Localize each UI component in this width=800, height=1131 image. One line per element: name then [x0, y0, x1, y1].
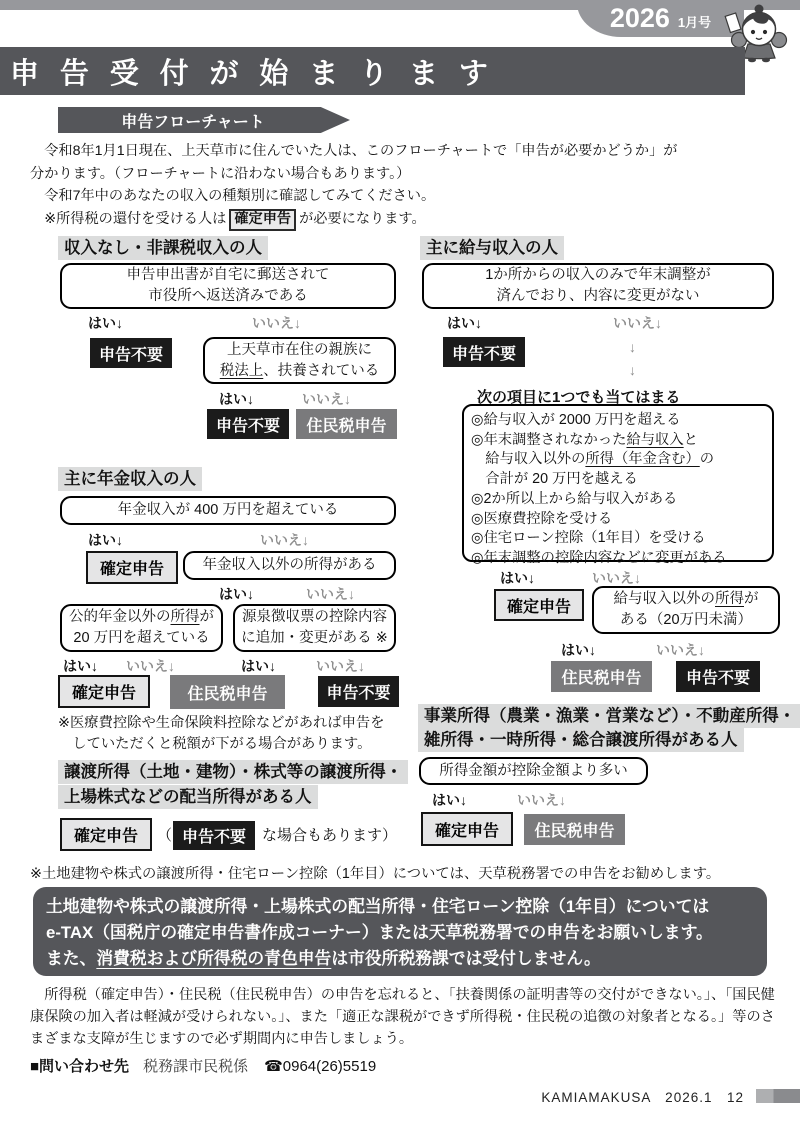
- page-title-text: 申告受付が始まります: [10, 51, 509, 92]
- no-label: いいえ↓: [126, 656, 175, 676]
- result-box-resident: 住民税申告: [524, 814, 625, 845]
- no-label: いいえ↓: [517, 790, 566, 810]
- sec-salary-q1: 1か所からの収入のみで年末調整が 済んでおり、内容に変更がない: [422, 263, 774, 309]
- footer-edge-tab: [756, 1089, 800, 1103]
- result-box-none: 申告不要: [207, 409, 289, 439]
- yes-label: はい↓: [241, 656, 276, 676]
- result-box-none: 申告不要: [443, 337, 525, 367]
- result-box-none: 申告不要: [318, 676, 399, 707]
- no-label: いいえ↓: [592, 568, 641, 588]
- yes-label: はい↓: [88, 313, 123, 333]
- sec-transfer-header-line2: 上場株式などの配当所得がある人: [58, 785, 318, 809]
- down-arrow: ↓: [629, 362, 636, 378]
- salary-checklist: ◎給与収入が 2000 万円を超える ◎年末調整されなかった給与収入と 給与収入…: [462, 404, 774, 562]
- checklist-item: 給与収入以外の所得（年金含む）の: [471, 450, 765, 470]
- contact-phone: ☎0964(26)5519: [264, 1058, 376, 1075]
- contact-line: ■問い合わせ先税務課市民税係☎0964(26)5519: [30, 1055, 376, 1076]
- no-label: いいえ↓: [302, 389, 351, 409]
- pension-note: ※医療費控除や生命保険料控除などがあれば申告を していただくと税額が下がる場合が…: [58, 713, 410, 756]
- down-arrow: ↓: [629, 339, 636, 355]
- issue-banner: 2026 1月号: [577, 0, 744, 37]
- result-box-none: 申告不要: [676, 661, 760, 692]
- checklist-item: ◎住宅ローン控除（1年目）を受ける: [471, 529, 765, 549]
- checklist-item: ◎年末調整の控除内容などに変更がある: [471, 549, 765, 569]
- checklist-item: ◎給与収入が 2000 万円を超える: [471, 411, 765, 431]
- sec-business-header-line2: 雑所得・一時所得・総合譲渡所得がある人: [418, 728, 744, 752]
- kakutei-shinkoku-box: 確定申告: [229, 209, 296, 231]
- result-box-final: 確定申告: [60, 818, 152, 851]
- result-box-resident: 住民税申告: [551, 661, 652, 692]
- contact-dept: 税務課市民税係: [143, 1058, 248, 1075]
- paren-close: な場合もあります）: [262, 824, 397, 845]
- yes-label: はい↓: [432, 790, 467, 810]
- flowchart-header-text: 申告フローチャート: [121, 109, 265, 132]
- yes-label: はい↓: [88, 530, 123, 550]
- yes-label: はい↓: [561, 640, 596, 660]
- result-box-none: 申告不要: [173, 821, 255, 850]
- checklist-item: 合計が 20 万円を越える: [471, 470, 765, 490]
- checklist-item: ◎医療費控除を受ける: [471, 510, 765, 530]
- result-box-final: 確定申告: [58, 675, 150, 708]
- no-label: いいえ↓: [306, 584, 355, 604]
- result-box-none: 申告不要: [90, 338, 172, 368]
- sec-pension-header: 主に年金収入の人: [58, 467, 202, 491]
- sec-pension-q2: 年金収入以外の所得がある: [183, 551, 396, 580]
- no-label: いいえ↓: [260, 530, 309, 550]
- no-label: いいえ↓: [252, 313, 301, 333]
- no-label: いいえ↓: [656, 640, 705, 660]
- no-label: いいえ↓: [613, 313, 662, 333]
- warning-paragraph: 所得税（確定申告）・住民税（住民税申告）の申告を忘れると、「扶養関係の証明書等の…: [30, 984, 782, 1050]
- paren-open: （: [157, 824, 172, 845]
- page-title: 申告受付が始まります: [0, 47, 745, 95]
- sec-noincome-q1: 申告申出書が自宅に郵送されて 市役所へ返送済みである: [60, 263, 396, 309]
- result-box-final: 確定申告: [86, 551, 178, 584]
- sec-salary-header: 主に給与収入の人: [420, 236, 564, 260]
- sec-transfer-header-line1: 譲渡所得（土地・建物）・株式等の譲渡所得・: [58, 760, 408, 784]
- result-box-final: 確定申告: [494, 589, 584, 621]
- yes-label: はい↓: [219, 389, 254, 409]
- recommend-note: ※土地建物や株式の譲渡所得・住宅ローン控除（1年目）については、天草税務署での申…: [30, 864, 792, 885]
- result-box-resident: 住民税申告: [296, 409, 397, 439]
- yes-label: はい↓: [63, 656, 98, 676]
- yes-label: はい↓: [219, 584, 254, 604]
- checklist-item: ◎2か所以上から給与収入がある: [471, 490, 765, 510]
- yes-label: はい↓: [500, 568, 535, 588]
- sec-pension-q3: 公的年金以外の所得が 20 万円を超えている: [60, 604, 223, 652]
- sec-business-header-line1: 事業所得（農業・漁業・営業など）・不動産所得・: [418, 704, 800, 728]
- checklist-item: ◎年末調整されなかった給与収入と: [471, 431, 765, 451]
- intro-line-3: 令和7年中のあなたの収入の種類別に確認してみてください。: [30, 185, 786, 208]
- important-box: 土地建物や株式の譲渡所得・上場株式の配当所得・住宅ローン控除（1年目）については…: [33, 887, 767, 976]
- intro-line-1: 令和8年1月1日現在、上天草市に住んでいた人は、このフローチャートで「申告が必要…: [30, 140, 786, 163]
- newsletter-page: 2026 1月号 申告受付が始まります 申告フローチャート 令和8年1月1日現在…: [0, 0, 800, 1131]
- footer-page-info: KAMIAMAKUSA 2026.1 12: [400, 1086, 744, 1106]
- flowchart-header: 申告フローチャート: [58, 107, 350, 133]
- yes-label: はい↓: [447, 313, 482, 333]
- intro-line-2: 分かります。（フローチャートに沿わない場合もあります。）: [30, 163, 786, 186]
- result-box-resident: 住民税申告: [170, 675, 285, 709]
- result-box-final: 確定申告: [421, 812, 513, 846]
- no-label: いいえ↓: [316, 656, 365, 676]
- sec-salary-q2: 給与収入以外の所得が ある（20万円未満）: [592, 586, 780, 634]
- contact-label: ■問い合わせ先: [30, 1058, 129, 1075]
- intro-text: 令和8年1月1日現在、上天草市に住んでいた人は、このフローチャートで「申告が必要…: [30, 140, 786, 231]
- sec-pension-q4: 源泉徴収票の控除内容 に追加・変更がある ※: [233, 604, 396, 652]
- sec-pension-q1: 年金収入が 400 万円を超えている: [60, 496, 396, 525]
- intro-line-4: ※所得税の還付を受ける人は確定申告が必要になります。: [30, 208, 786, 231]
- sec-noincome-q2: 上天草市在住の親族に 税法上、扶養されている: [203, 337, 396, 384]
- issue-month: 1月号: [678, 14, 711, 32]
- sec-noincome-header: 収入なし・非課税収入の人: [58, 236, 268, 260]
- sec-business-q1: 所得金額が控除金額より多い: [419, 757, 648, 785]
- issue-year: 2026: [610, 5, 670, 32]
